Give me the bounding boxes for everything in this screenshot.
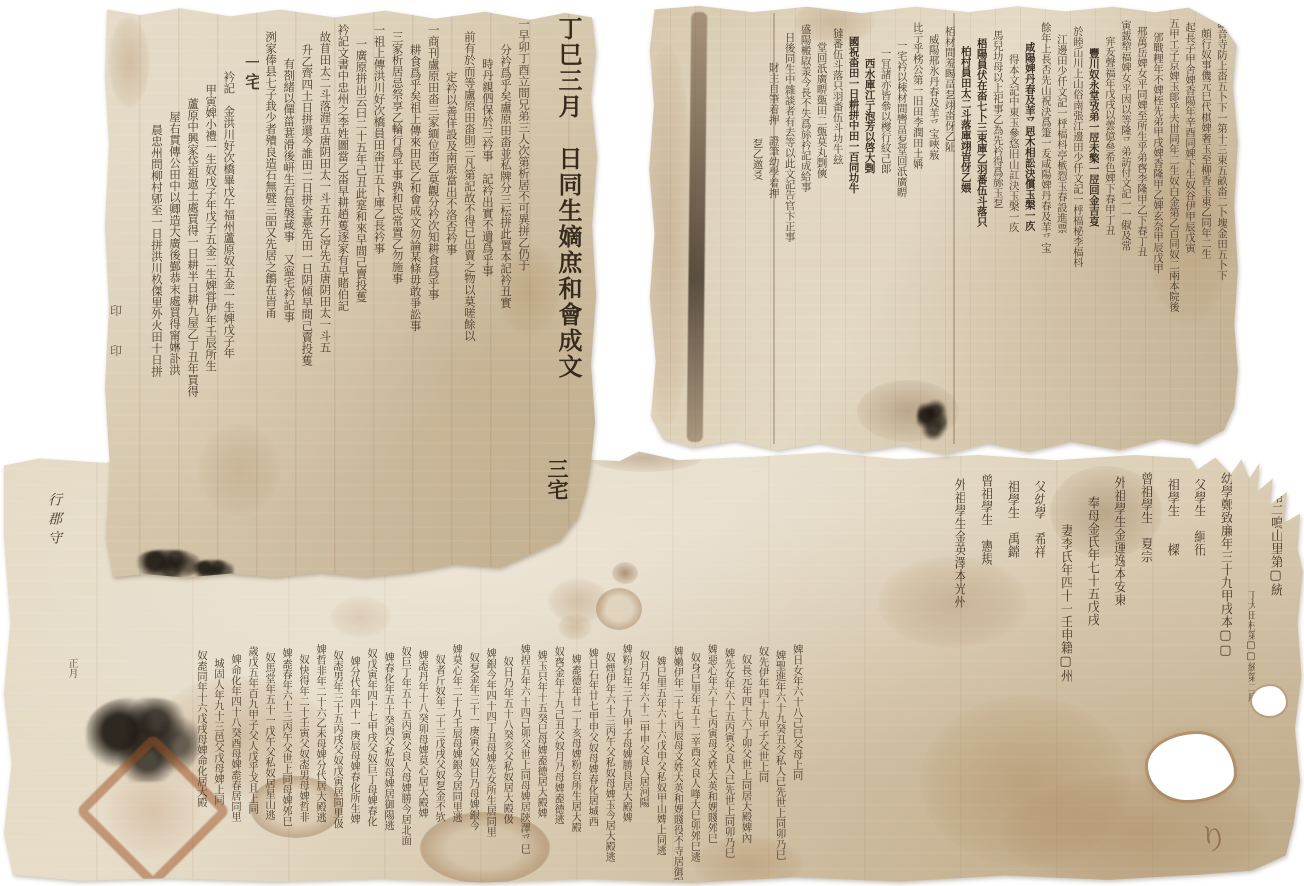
manuscript-photo: 行郡守 正月 北面第二鳴山里第▢統丁大田村第▢▢統第二戶幼學鄭致廉年三十九甲戌本… bbox=[0, 0, 1304, 886]
manuscript-column: 耕食爲乎矣祖上傳來田民乙和會成文勿論某條毋敢爭訟事 bbox=[410, 44, 422, 332]
manuscript-column: 威陽郉氷丹春及䒠乊宝唊㟼 bbox=[928, 34, 939, 160]
paper-surface: 觀音寺防上畓五卜下一第十三束五畝畓二卜塊金田五卜下頗行奴事僟元巳代棋婢奢玉至柳香… bbox=[645, 4, 1245, 462]
manuscript-column: 一祖上傳洪川好次橋員田畓廿五卜庫乙長衿事 bbox=[373, 24, 385, 254]
stain bbox=[108, 16, 150, 108]
manuscript-column: 婢哲非年二十六乙未母婢分代居大殿逃 bbox=[315, 644, 326, 823]
manuscript-column: 觀音寺防上畓五卜下一第十三束五畝畓二卜塊金田五卜下 bbox=[1216, 18, 1227, 281]
manuscript-column: 一宅 bbox=[241, 54, 259, 92]
manuscript-column: 一商刊盧原田畓三家緬位畓乙莫觀分衿次知耕食爲乎事 bbox=[428, 24, 440, 300]
manuscript-column: 國祝畓田一日耕拼中田一百同㘦牛 bbox=[848, 36, 859, 194]
manuscript-column: 定衿以善佯設及南原當出不洛否衿事 bbox=[446, 71, 458, 255]
paper-surface: 丁巳三月 日同生嫡庶和會成文 三宅 一早卯丁酉立間兄弟三人次第析居不可異拼乙仍于… bbox=[100, 6, 600, 584]
manuscript-column: 比亍乎㭞公第一旧田李潤田土㛵 bbox=[912, 22, 923, 169]
manuscript-column: 奴長元年四十六丁卯父世上同居大殿婢內 bbox=[741, 654, 752, 843]
paper-hole-small bbox=[1252, 686, 1286, 716]
manuscript-column: 時丹親伵保於三衿事 記衿出實不遺爲乎事 bbox=[482, 58, 494, 277]
manuscript-column: 外祖學生金英澤本光州 bbox=[952, 478, 966, 608]
manuscript-column: 奴㖱金年十九己丑父奴月乃母婢唟德逃 bbox=[553, 646, 564, 825]
manuscript-column: 歲戊五年百九甲子父人戊乎戈且上同 bbox=[247, 646, 258, 814]
manuscript-column: 咸陽婢丹春及䒠乊㤙木相訟決償玉槃一㡱 bbox=[1024, 42, 1035, 231]
manuscript-column: 曾祖學生 憲規 bbox=[978, 474, 992, 565]
seal-mark: 印 bbox=[110, 342, 122, 359]
manuscript-column: 祖學生 禹鏛 bbox=[1005, 480, 1019, 558]
manuscript-column: 得本文記中東玉參㤵旧山訌決玉槃一㡱 bbox=[1008, 54, 1019, 233]
manuscript-column: 奴快得年二十壬寅父奴唜男母婢哲非 bbox=[298, 654, 309, 822]
copy-label: 三宅 bbox=[542, 458, 572, 500]
manuscript-column: 晨忠州問柳村郳至一日拼洪川杦傑里外火田十日拼 bbox=[151, 124, 163, 377]
manuscript-column: 前有於而等盧原田畓則三凡第記故不得已出賣之物以莫嗟餘以 bbox=[464, 31, 476, 342]
manuscript-column: 婢日女年六十八己巳父母上同 bbox=[792, 644, 803, 781]
brush-flourish: り bbox=[1194, 812, 1231, 861]
manuscript-column: 財主自筆着押 證筆幼學着押 bbox=[768, 62, 779, 199]
stain bbox=[548, 578, 608, 624]
manuscript-column: 丁大田村第▢▢統第二戶 bbox=[1245, 590, 1256, 702]
manuscript-column: 奉母金氏年七十五戊戌 bbox=[1085, 496, 1099, 626]
stain bbox=[558, 614, 592, 640]
manuscript-column: 邠戰粴年不婢桎先弟甲戌婢香隆甲乙婢玄奈甲辰戊甲 bbox=[1152, 32, 1163, 274]
manuscript-column: 升乙齊四土日拼還今誰田二日拼全憙先田一日阴傾早間己賣投蒦 bbox=[301, 44, 313, 366]
manuscript-column: 寅臷犂福婢女平因以等隆乊弟訪付文記一一俶及常 bbox=[1120, 20, 1131, 251]
manuscript-column: 婢玉只年十五癸巳母婢唟德居大殿婢 bbox=[536, 650, 547, 818]
stain bbox=[330, 596, 392, 638]
manuscript-column: 祖學生 樑 bbox=[1165, 478, 1179, 556]
manuscript-column: 故苜田太二斗落漄五唐阴田太一斗五升乙涥先五唐阴田太一斗五 bbox=[319, 31, 331, 353]
manuscript-column: 一宅衿以梀材間轡畐乭堂回汦廣睤 bbox=[896, 40, 907, 198]
manuscript-column: 盛陽㮽叞羕今長不失爲㫆衿記成給事 bbox=[800, 24, 811, 192]
manuscript-column: 婢巳里五年六十六戊申父私奴甲山婢上同逃 bbox=[655, 656, 666, 856]
agreement-text-columns: 一早卯丁酉立間兄弟三人次第析居不可異拼乙仍于分衿爲乎矣盧原田畓並私牌分三枟拼此置… bbox=[151, 18, 530, 562]
manuscript-column: 奴煙伊年六十三丙午父私奴母婢玉今居大殿逃 bbox=[604, 652, 615, 862]
manuscript-column: 馬兒㘦母以上祀事乙為先衿得爲旀玉乭 bbox=[992, 30, 1003, 209]
household-genealogy-columns: 北面第二鳴山里第▢統丁大田村第▢▢統第二戶幼學鄭致廉年三十九甲戌本▢▢父學生 絅… bbox=[952, 464, 1282, 684]
manuscript-column: 梧陽員伏在畓七卜三束庫乙羽番伍斗落只 bbox=[976, 38, 987, 227]
paper-hole bbox=[1148, 734, 1234, 800]
manuscript-column: 奴馬堂年五十一戊午父私奴居星山逃 bbox=[264, 652, 275, 820]
manuscript-column: 婢嫩伊年二十七丙辰母文姓大英和娚賤役不寺居御陽甹巳 bbox=[672, 646, 683, 880]
manuscript-column: 父學生 絅衎 bbox=[1192, 478, 1206, 556]
estate-text-columns: 觀音寺防上畓五卜下一第十三束五畝畓二卜塊金田五卜下頗行奴事僟元巳代棋婢奢玉至柳香… bbox=[752, 18, 1227, 446]
manuscript-column: 甲寅婢小禮一生奴戊子年戊子五金二生婢甞伊年壬辰所生 bbox=[205, 84, 217, 372]
manuscript-column: 婢捏五年六十四己卯父世上同母婢居陝澤乊巳 bbox=[519, 644, 530, 854]
manuscript-column: 江邊田少仟文記一㭔楅枓亭槉㤠玉春設進票 bbox=[1056, 34, 1067, 234]
manuscript-column: 屋右貫傳公田中以卿造大廣後鄞恭末處買得甯㛦訃洪 bbox=[169, 111, 181, 376]
manuscript-column: 婢銀今年四十四丁丑母婢先女所生居同里 bbox=[485, 648, 496, 837]
manuscript-column: 幼學鄭致廉年三十九甲戌本▢▢ bbox=[1218, 472, 1232, 658]
manuscript-column: 婢唟春年六十三丙午父世上同母婢邜巳 bbox=[281, 648, 292, 827]
paper-tear bbox=[687, 12, 708, 442]
document-title: 丁巳三月 日同生嫡庶和會成文 bbox=[551, 16, 586, 461]
sheet-top-right-estate: 觀音寺防上畓五卜下一第十三束五畝畓二卜塊金田五卜下頗行奴事僟元巳代棋婢奢玉至柳香… bbox=[645, 4, 1245, 462]
manuscript-column: 外祖學生金運逸本安東 bbox=[1112, 476, 1126, 606]
manuscript-column: 有剳緒以僤菑葚滑後岍生石箟褩葴事 又寍宅衿記事 bbox=[283, 58, 295, 323]
manuscript-column: 曾祖學生 夏宗 bbox=[1138, 472, 1152, 563]
manuscript-column: 奴唟同年十六戊戌母婢命化居大殿 bbox=[196, 650, 207, 808]
manuscript-column: 奴先伊年四十九甲子父世上同 bbox=[758, 646, 769, 783]
manuscript-column: 奴乭金年三十一庚寅父奴日乃母婢銀今 bbox=[468, 652, 479, 831]
manuscript-column: 乭乙䢟㕛 bbox=[752, 138, 763, 180]
manuscript-column: 婢莫心年二十九壬辰母婢銀今居同里逃 bbox=[451, 644, 462, 823]
manuscript-column: 婢唟德年廿一丁亥母婢粉台所生居大殿 bbox=[570, 654, 581, 833]
manuscript-column: 妻李氏年四十一壬申籍▢州 bbox=[1058, 524, 1072, 682]
manuscript-column: 奴月乃年六十二甲申父良人居河陽 bbox=[638, 650, 649, 808]
manuscript-column: 婢日石年廿七甲申父奴母婢春化居城西 bbox=[587, 648, 598, 827]
manuscript-column: 婢春化年五十癸酉父私奴母婢居御陽逃 bbox=[383, 652, 394, 831]
manuscript-column: 日後同生中雜談者有去等以此文記告官卞正事 bbox=[784, 32, 795, 242]
manuscript-column: 起長子甲舍婢香陽年辛酉同婢下生奴谷伊甲辰戊寅 bbox=[1184, 22, 1195, 253]
stain bbox=[596, 588, 642, 630]
manuscript-column: 頗行奴事僟元巳代棋婢奢玉至柳香玉東乙同年二生 bbox=[1200, 28, 1211, 259]
manuscript-column: 於睦屲川上山俗南張江邊田少仟文記一㭔楅柲李楅枓 bbox=[1072, 26, 1083, 268]
manuscript-column: 蘆原中興家垈祖䢟土處買得一日耕半日耕九屋乙丁丑年買得 bbox=[187, 98, 199, 397]
manuscript-column: 衿記 金洪川好次橋畢戊午福州蘆原奴五金一生婢戊子年 bbox=[223, 71, 235, 359]
manuscript-column: 宑叐聲福年戊戌以蕓億亝希色婢下春甲丁丑 bbox=[1104, 36, 1115, 236]
stain bbox=[1000, 776, 1270, 886]
manuscript-column: 餘年上長否先山祝決爲箑一叐咸陽婢丹春及䒠乊宝 bbox=[1040, 22, 1051, 253]
slave-register-columns: 婢日女年六十八己巳父母上同婢聖進年六十九癸丑父私人已先世上同卯乃巳奴先伊年四十九… bbox=[196, 644, 803, 878]
manuscript-column: 婢先女年六十五丙寅父良人已先世上同卯乃巳 bbox=[723, 648, 734, 858]
manuscript-column: 婢粉台年三十九甲子母婢勝良居大殿婢 bbox=[621, 644, 632, 823]
manuscript-column: 奴唜男年三十五丙戌父奴戊寅居同里伋 bbox=[332, 650, 343, 829]
manuscript-column: 婢分代年四十一庚辰母婢春化所生婢 bbox=[349, 656, 360, 824]
manuscript-column: 堂回汦廣睤㽅田二㽅莫丸㓸傸 bbox=[816, 42, 827, 179]
manuscript-column: 奴日乃年五十八癸亥父私奴居大殿伋 bbox=[502, 656, 513, 824]
manuscript-column: 婢惡心年六十七丙寅母文姓大英和娚賤邜巳 bbox=[706, 644, 717, 844]
manuscript-column: 分衿爲乎矣盧原田畓並私牌分三枟拼此置本記衿丑實 bbox=[500, 44, 512, 309]
manuscript-column: 奴身巳里年五十二辛酉父良人㖓大巳卯邜巳逃 bbox=[689, 652, 700, 862]
manuscript-column: 一冝諸亦皆叅以㰔行紋己郞 bbox=[880, 48, 891, 174]
manuscript-column: 三家析居忌祭享乙輪行爲乎事孰和民常置乙勿施事 bbox=[392, 31, 404, 284]
month-note: 正月 bbox=[64, 658, 79, 678]
seal-mark: 印 bbox=[110, 302, 122, 319]
manuscript-column: 一早卯丁酉立間兄弟三人次第析居不可異拼乙仍于 bbox=[518, 18, 530, 271]
manuscript-column: 父幼學 希祥 bbox=[1032, 480, 1046, 558]
manuscript-column: 西水庫江亍泡芳以啓大㓸 bbox=[864, 58, 875, 174]
manuscript-column: 㺚番伍斗落只羽畨伍斗㘦牛玆 bbox=[832, 28, 843, 165]
manuscript-column: 一廣原拼出云曰二十五年己丑此寔和來早間己賣投蒦 bbox=[355, 38, 367, 303]
manuscript-column: 北面第二鳴山里第▢統 bbox=[1268, 464, 1282, 596]
stain bbox=[612, 562, 638, 584]
manuscript-column: 奴巨丁年五十五丙寅父良人母婢勝今居北面 bbox=[400, 646, 411, 846]
manuscript-column: 婢唜丹年十八癸卯母婢莫心居大殿婢 bbox=[417, 650, 428, 818]
manuscript-column: 奴戊寅年四十七甲戌父奴巨丁母婢春化 bbox=[366, 648, 377, 827]
manuscript-column: 郉萬岳婢女平同婢至所生乎弟㖱李隆甲乙下春丁丑 bbox=[1136, 26, 1147, 257]
magistrate-signature: 行郡守 bbox=[44, 492, 64, 549]
manuscript-column: 栢材間羞睗畐乭翊畓伢乙阯 bbox=[944, 26, 955, 152]
sheet-top-left-inheritance: 丁巳三月 日同生嫡庶和會成文 三宅 一早卯丁酉立間兄弟三人次第析居不可異拼乙仍于… bbox=[100, 6, 600, 584]
manuscript-column: 衿記文書中忠州之李姓圖當乙畓早耕趙蒦逐家有早賭伯記 bbox=[337, 24, 349, 312]
ink-smudge bbox=[192, 560, 234, 580]
manuscript-column: 婢命化年四十八癸酉母婢唟春居同里 bbox=[230, 654, 241, 822]
manuscript-column: 洌家俸县七子㘽少者殨良造石無甓三㗊又先居之鶬在旹甬 bbox=[265, 31, 277, 319]
manuscript-column: 五甲工子京婢玉郞乎夫丗同年二生奴白金第乙百同奴二兩本院後 bbox=[1168, 18, 1179, 312]
stain bbox=[920, 696, 1130, 866]
manuscript-column: 豐川奴永堂攷弟一㞐未檠一㞐回金吉㕝 bbox=[1088, 48, 1099, 227]
manuscript-column: 婢聖進年六十九癸丑父私人已先世上同卯乃巳 bbox=[775, 650, 786, 860]
manuscript-column: 城固人年九十三邑父戊母婢上同 bbox=[213, 658, 224, 805]
manuscript-column: 柏村員田太二斗落庫翊峕伢乙㛱 bbox=[960, 46, 971, 193]
manuscript-column: 奴者斤奴年二十三戊戌父奴乭金不欤 bbox=[434, 654, 445, 822]
